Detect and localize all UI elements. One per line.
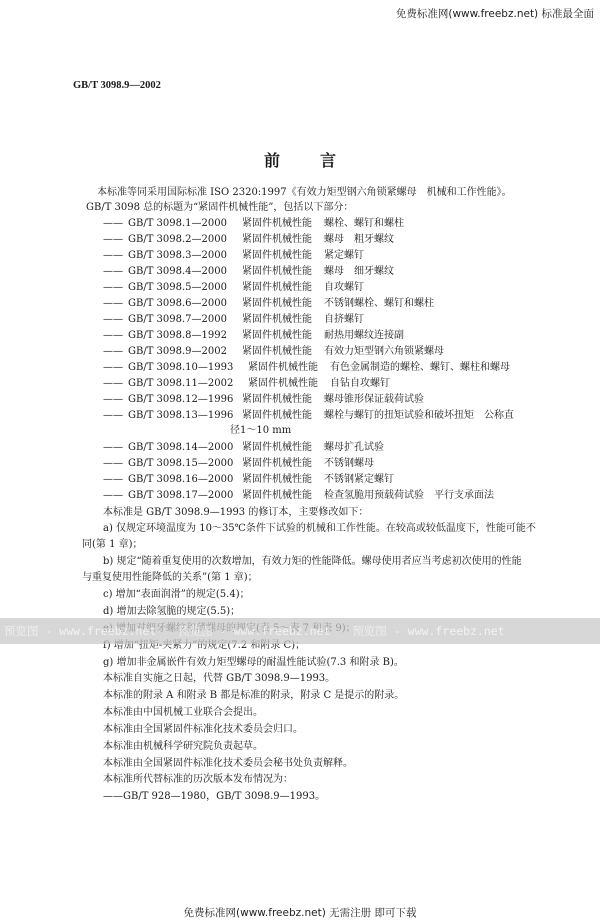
category: 紧固件机械性能 (242, 457, 324, 470)
dash: —— (103, 489, 128, 502)
standard-code: GB/T 3098.16—2000 (128, 473, 242, 486)
closing-line: ——GB/T 928—1980，GB/T 3098.9—1993。 (103, 790, 325, 803)
closing-line: 本标准由中国机械工业联合会提出。 (103, 706, 263, 719)
dash: —— (103, 297, 128, 310)
change-a-cont: 同(第 1 章)； (82, 538, 143, 551)
list-item: ——GB/T 3098.8—1992紧固件机械性能耐热用螺纹连接副 (103, 329, 404, 342)
subject: 螺栓、螺钉和螺柱 (324, 218, 404, 229)
page-title: 前言 (0, 148, 600, 171)
category: 紧固件机械性能 (242, 281, 324, 294)
site-header-note: 免费标准网(www.freebz.net) 标准最全面 (396, 6, 594, 21)
subject: 耐热用螺纹连接副 (324, 330, 404, 341)
subject: 不锈钢紧定螺钉 (324, 474, 394, 485)
subject: 有色金属制造的螺栓、螺钉、螺柱和螺母 (330, 362, 510, 373)
subject: 螺栓与螺钉的扭矩试验和破坏扭矩 公称直 (324, 410, 514, 421)
standard-code: GB/T 3098.3—2000 (128, 249, 242, 262)
dash: —— (103, 329, 128, 342)
standard-code: GB/T 3098.11—2002 (128, 377, 248, 390)
list-item: ——GB/T 3098.4—2000紧固件机械性能螺母 细牙螺纹 (103, 265, 394, 278)
closing-line: 本标准的附录 A 和附录 B 都是标准的附录，附录 C 是提示的附录。 (103, 689, 404, 702)
subject: 不锈钢螺栓、螺钉和螺柱 (324, 298, 434, 309)
standard-code: GB/T 3098.5—2000 (128, 281, 242, 294)
dash: —— (103, 265, 128, 278)
dash: —— (103, 377, 128, 390)
dash: —— (103, 361, 128, 374)
dash: —— (103, 457, 128, 470)
list-item: ——GB/T 3098.3—2000紧固件机械性能紧定螺钉 (103, 249, 364, 262)
list-item: ——GB/T 3098.9—2002紧固件机械性能有效力矩型钢六角锁紧螺母 (103, 345, 444, 358)
closing-line: 本标准由全国紧固件标准化技术委员会归口。 (103, 723, 303, 736)
standard-code: GB/T 3098.14—2000 (128, 441, 242, 454)
change-b: b) 规定“随着重复使用的次数增加，有效力矩的性能降低。螺母使用者应当考虑初次使… (103, 555, 522, 568)
standard-code: GB/T 3098.7—2000 (128, 313, 242, 326)
watermark-text: 预览图 - www.freebz.net (178, 624, 330, 638)
standard-code: GB/T 3098.13—1996 (128, 409, 242, 422)
category: 紧固件机械性能 (242, 265, 324, 278)
category: 紧固件机械性能 (242, 249, 324, 262)
category: 紧固件机械性能 (242, 473, 324, 486)
closing-line: 本标准自实施之日起，代替 GB/T 3098.9—1993。 (103, 672, 335, 685)
list-item: ——GB/T 3098.15—2000紧固件机械性能不锈钢螺母 (103, 457, 374, 470)
change-d: d) 增加去除氢脆的规定(5.5)； (103, 605, 240, 618)
category: 紧固件机械性能 (242, 329, 324, 342)
subject: 螺母 粗牙螺纹 (324, 234, 394, 245)
standard-code: GB/T 3098.1—2000 (128, 217, 242, 230)
standard-code: GB/T 3098.2—2000 (128, 233, 242, 246)
dash: —— (103, 409, 128, 422)
watermark-text: 预览图 - www.freebz.net (4, 624, 156, 638)
list-item: ——GB/T 3098.12—1996紧固件机械性能螺母锥形保证载荷试验 (103, 393, 424, 406)
standard-code: GB/T 3098.10—1993 (128, 361, 248, 374)
subject: 不锈钢螺母 (324, 458, 374, 469)
dash: —— (103, 345, 128, 358)
subject: 自钻自攻螺钉 (330, 378, 390, 389)
list-item: ——GB/T 3098.5—2000紧固件机械性能自攻螺钉 (103, 281, 364, 294)
list-item: ——GB/T 3098.2—2000紧固件机械性能螺母 粗牙螺纹 (103, 233, 394, 246)
site-footer-note: 免费标准网(www.freebz.net) 无需注册 即可下载 (0, 905, 600, 920)
standard-code: GB/T 3098.6—2000 (128, 297, 242, 310)
subject: 有效力矩型钢六角锁紧螺母 (324, 346, 444, 357)
category: 紧固件机械性能 (242, 217, 324, 230)
standard-code: GB/T 3098.4—2000 (128, 265, 242, 278)
intro-line: 本标准等同采用国际标准 ISO 2320:1997《有效力矩型钢六角锁紧螺母 机… (97, 186, 512, 199)
document-id: GB/T 3098.9—2002 (73, 80, 161, 91)
category: 紧固件机械性能 (242, 297, 324, 310)
standard-code: GB/T 3098.15—2000 (128, 457, 242, 470)
list-item: ——GB/T 3098.7—2000紧固件机械性能自挤螺钉 (103, 313, 364, 326)
change-g: g) 增加非金属嵌件有效力矩型螺母的耐温性能试验(7.3 和附录 B)。 (103, 656, 404, 669)
subject: 螺母 细牙螺纹 (324, 266, 394, 277)
list-item: ——GB/T 3098.17—2000紧固件机械性能检查氢脆用预载荷试验 平行支… (103, 489, 494, 502)
closing-line: 本标准由全国紧固件标准化技术委员会秘书处负责解释。 (103, 757, 353, 770)
dash: —— (103, 441, 128, 454)
category: 紧固件机械性能 (242, 313, 324, 326)
list-item: ——GB/T 3098.10—1993紧固件机械性能有色金属制造的螺栓、螺钉、螺… (103, 361, 510, 374)
list-item: ——GB/T 3098.1—2000紧固件机械性能螺栓、螺钉和螺柱 (103, 217, 404, 230)
list-item: ——GB/T 3098.14—2000紧固件机械性能螺母扩孔试验 (103, 441, 384, 454)
dash: —— (103, 281, 128, 294)
change-a: a) 仅规定环境温度为 10～35℃条件下试验的机械和工作性能。在较高或较低温度… (103, 522, 536, 535)
category: 紧固件机械性能 (248, 377, 330, 390)
category: 紧固件机械性能 (248, 361, 330, 374)
change-c: c) 增加“表面润滑”的规定(5.4)； (103, 588, 250, 601)
category: 紧固件机械性能 (242, 233, 324, 246)
category: 紧固件机械性能 (242, 393, 324, 406)
dash: —— (103, 393, 128, 406)
subject: 自挤螺钉 (324, 314, 364, 325)
list-item: ——GB/T 3098.16—2000紧固件机械性能不锈钢紧定螺钉 (103, 473, 394, 486)
watermark-text: 预览图 - www.freebz.net (352, 624, 504, 638)
standard-code: GB/T 3098.17—2000 (128, 489, 242, 502)
standard-code: GB/T 3098.12—1996 (128, 393, 242, 406)
dash: —— (103, 473, 128, 486)
change-b-cont: 与重复使用性能降低的关系”(第 1 章)； (82, 571, 258, 584)
subject: 紧定螺钉 (324, 250, 364, 261)
revision-intro: 本标准是 GB/T 3098.9—1993 的修订本，主要修改如下： (103, 506, 368, 519)
category: 紧固件机械性能 (242, 345, 324, 358)
dash: —— (103, 217, 128, 230)
category: 紧固件机械性能 (242, 441, 324, 454)
closing-line: 本标准所代替标准的历次版本发布情况为： (103, 773, 293, 786)
subject: 自攻螺钉 (324, 282, 364, 293)
closing-line: 本标准由机械科学研究院负责起草。 (103, 740, 263, 753)
dash: —— (103, 249, 128, 262)
list-item-continuation: 径1～10 mm (230, 424, 291, 437)
list-item: ——GB/T 3098.11—2002紧固件机械性能自钻自攻螺钉 (103, 377, 390, 390)
preview-watermark: 预览图 - www.freebz.net预览图 - www.freebz.net… (0, 618, 600, 644)
subject: 螺母锥形保证载荷试验 (324, 394, 424, 405)
standard-code: GB/T 3098.8—1992 (128, 329, 242, 342)
intro-line: GB/T 3098 总的标题为“紧固件机械性能”，包括以下部分： (86, 201, 353, 214)
subject: 螺母扩孔试验 (324, 442, 384, 453)
subject: 检查氢脆用预载荷试验 平行支承面法 (324, 490, 494, 501)
dash: —— (103, 233, 128, 246)
category: 紧固件机械性能 (242, 489, 324, 502)
standard-code: GB/T 3098.9—2002 (128, 345, 242, 358)
list-item: ——GB/T 3098.6—2000紧固件机械性能不锈钢螺栓、螺钉和螺柱 (103, 297, 434, 310)
dash: —— (103, 313, 128, 326)
category: 紧固件机械性能 (242, 409, 324, 422)
list-item: ——GB/T 3098.13—1996紧固件机械性能螺栓与螺钉的扭矩试验和破坏扭… (103, 409, 514, 422)
